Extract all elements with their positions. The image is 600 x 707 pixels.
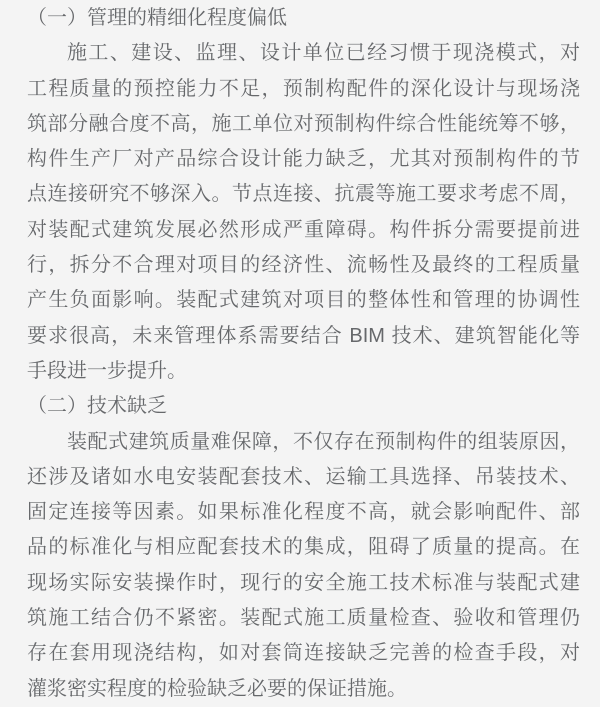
text-line: 产生负面影响。装配式建筑对项目的整体性和管理的协调性	[27, 283, 580, 318]
text-line: 构件生产厂对产品综合设计能力缺乏，尤其对预制构件的节	[27, 142, 580, 177]
section-heading: （一）管理的精细化程度偏低	[27, 1, 580, 36]
document-page: （一）管理的精细化程度偏低 施工、建设、监理、设计单位已经习惯于现浇模式，对 工…	[0, 0, 600, 707]
text-line: 筑部分融合度不高，施工单位对预制构件综合性能统筹不够，	[27, 107, 580, 142]
text-line: 行，拆分不合理对项目的经济性、流畅性及最终的工程质量	[27, 248, 580, 283]
text-line: 工程质量的预控能力不足，预制构配件的深化设计与现场浇	[27, 72, 580, 107]
text-line: 固定连接等因素。如果标准化程度不高，就会影响配件、部	[27, 495, 580, 530]
text-line: 筑施工结合仍不紧密。装配式施工质量检查、验收和管理仍	[27, 601, 580, 636]
text-line: 存在套用现浇结构，如对套筒连接缺乏完善的检查手段，对	[27, 636, 580, 671]
section-heading: （二）技术缺乏	[27, 389, 580, 424]
text-line: 手段进一步提升。	[27, 354, 580, 389]
text-line: 对装配式建筑发展必然形成严重障碍。构件拆分需要提前进	[27, 213, 580, 248]
text-line: 装配式建筑质量难保障，不仅存在预制构件的组装原因，	[27, 425, 580, 460]
text-line: 灌浆密实程度的检验缺乏必要的保证措施。	[27, 672, 580, 707]
text-line: 施工、建设、监理、设计单位已经习惯于现浇模式，对	[27, 36, 580, 71]
text-line: 要求很高，未来管理体系需要结合 BIM 技术、建筑智能化等	[27, 319, 580, 354]
text-line: 还涉及诸如水电安装配套技术、运输工具选择、吊装技术、	[27, 460, 580, 495]
text-line: 品的标准化与相应配套技术的集成，阻碍了质量的提高。在	[27, 530, 580, 565]
text-line: 点连接研究不够深入。节点连接、抗震等施工要求考虑不周，	[27, 177, 580, 212]
text-line: 现场实际安装操作时，现行的安全施工技术标准与装配式建	[27, 566, 580, 601]
